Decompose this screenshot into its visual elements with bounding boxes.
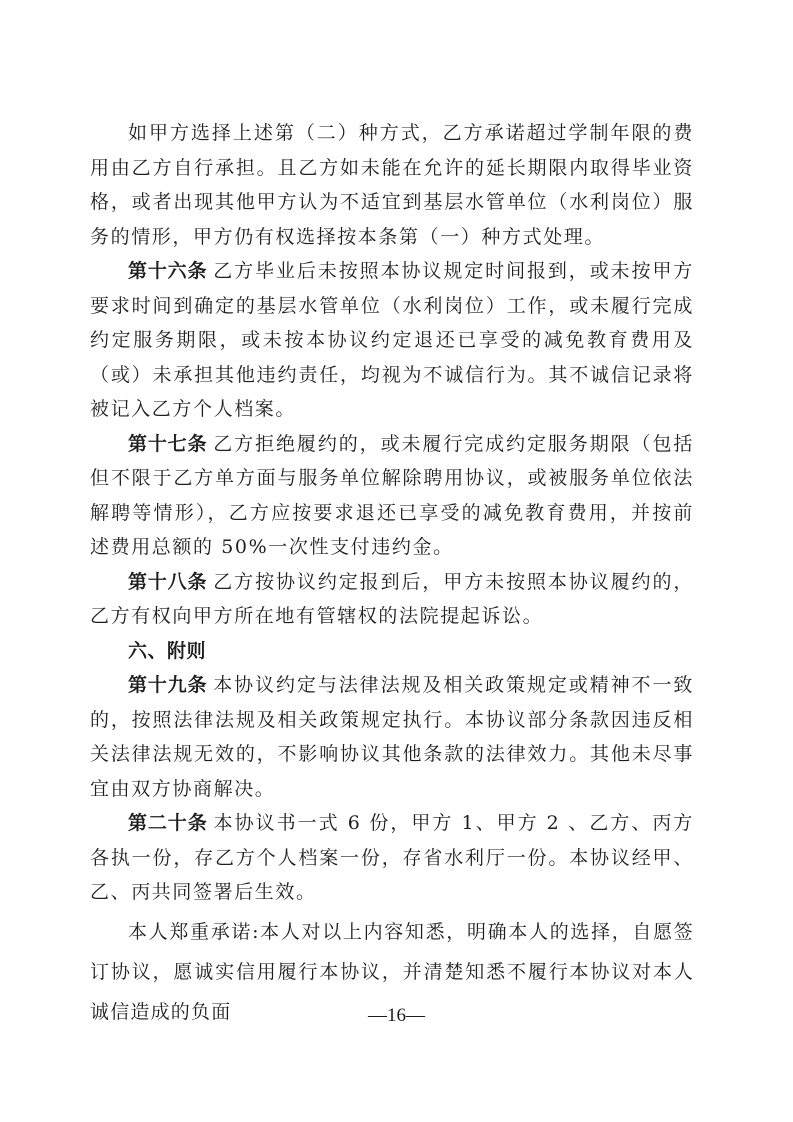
article-19: 第十九条本协议约定与法律法规及相关政策规定或精神不一致的，按照法律法规及相关政策… [90,668,694,806]
page-number: —16— [0,1005,793,1027]
paragraph-text: 如甲方选择上述第（二）种方式，乙方承诺超过学制年限的费用由乙方自行承担。且乙方如… [90,122,694,248]
article-16-text: 乙方毕业后未按照本协议规定时间报到，或未按甲方要求时间到确定的基层水管单位（水利… [90,260,694,420]
article-16-label: 第十六条 [128,260,207,282]
article-20-label: 第二十条 [128,812,208,834]
section-heading-appendix: 六、附则 [90,634,694,669]
article-18: 第十八条乙方按协议约定报到后，甲方未按照本协议履约的，乙方有权向甲方所在地有管辖… [90,565,694,634]
article-17: 第十七条乙方拒绝履约的，或未履行完成约定服务期限（包括但不限于乙方单方面与服务单… [90,427,694,565]
article-19-label: 第十九条 [128,674,207,696]
article-20: 第二十条本协议书一式 6 份，甲方 1、甲方 2 、乙方、丙方各执一份，存乙方个… [90,806,694,910]
paragraph-option-two: 如甲方选择上述第（二）种方式，乙方承诺超过学制年限的费用由乙方自行承担。且乙方如… [90,116,694,254]
document-body: 如甲方选择上述第（二）种方式，乙方承诺超过学制年限的费用由乙方自行承担。且乙方如… [90,116,694,910]
article-17-label: 第十七条 [128,433,207,455]
article-16: 第十六条乙方毕业后未按照本协议规定时间报到，或未按甲方要求时间到确定的基层水管单… [90,254,694,427]
article-18-label: 第十八条 [128,571,207,593]
